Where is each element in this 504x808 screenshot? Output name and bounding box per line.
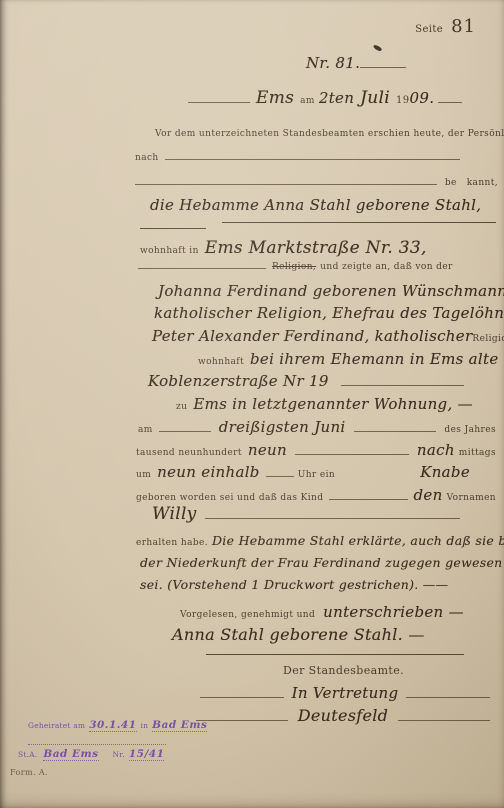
stamp-marriage-place: Bad Ems — [152, 719, 207, 732]
year-value: neun — [248, 441, 287, 459]
um-label: um — [136, 470, 151, 480]
intro-line: Vor dem unterzeichneten Standesbeamten e… — [155, 129, 504, 139]
declarant-line: die Hebamme Anna Stahl geborene Stahl, — [150, 196, 481, 214]
blank-line — [159, 428, 211, 432]
blank-line — [438, 99, 462, 103]
geboren-text: geboren worden sei und daß das Kind — [136, 493, 323, 503]
am-label: am — [300, 96, 315, 106]
registrar-title: Der Standesbeamte. — [283, 664, 404, 677]
blank-line — [398, 717, 490, 721]
blank-line — [354, 428, 437, 432]
den-hw: den — [414, 486, 443, 504]
page-number: 81 — [451, 16, 476, 37]
closing-row-3: sei. (Vorstehend 1 Druckwort gestrichen)… — [140, 577, 448, 592]
declarant-signature: Anna Stahl geborene Stahl. — — [172, 625, 425, 644]
nach-row: nach — [135, 153, 460, 163]
des-jahres-label: des Jahres — [444, 425, 496, 435]
uhr-ein-label: Uhr ein — [298, 470, 335, 480]
mother-name: Johanna Ferdinand geborenen Wünschmann, — [158, 282, 504, 300]
zeigte-an-text: und zeigte an, daß von der — [320, 262, 453, 272]
blank-line — [205, 515, 460, 519]
registrar-signature-row: Deutesfeld — [196, 706, 490, 725]
blank-line — [196, 717, 288, 721]
birthyear-row: tausend neunhundert neun nach mittags — [136, 441, 496, 459]
stamp-office-place: Bad Ems — [43, 748, 98, 761]
intro-text: Vor dem unterzeichneten Standesbeamten e… — [155, 129, 504, 139]
birthtime-row: um neun einhalb Uhr ein Knabe — [136, 463, 470, 481]
residence2-value: bei ihrem Ehemann in Ems alte — [250, 350, 499, 368]
kannt-fragment: kannt, — [467, 178, 498, 188]
closing-row-2: der Niederkunft der Frau Ferdinand zugeg… — [140, 555, 503, 570]
rule — [140, 228, 206, 229]
mother-religion: katholischer Religion, Ehefrau des Tagel… — [154, 304, 504, 322]
street-row: Koblenzerstraße Nr 19 — [148, 372, 464, 390]
birthdate-row: am dreißigsten Juni des Jahres — [138, 418, 496, 436]
closing-row-1: erhalten habe. Die Hebamme Stahl erklärt… — [136, 533, 504, 548]
blank-line — [360, 64, 406, 68]
approval-row: Vorgelesen, genehmigt und unterschrieben… — [180, 603, 462, 621]
be-fragment: be — [445, 178, 457, 188]
birthplace-row: zu Ems in letztgenannter Wohnung, — — [176, 395, 473, 413]
street-value: Koblenzerstraße Nr 19 — [148, 372, 329, 390]
unterschrieben-hw: unterschrieben — — [323, 603, 464, 621]
blank-line — [135, 181, 437, 185]
erhalten-label: erhalten habe. — [136, 538, 208, 548]
child-row: geboren worden sei und daß das Kind den … — [136, 486, 496, 504]
residence-row: wohnhaft in Ems Marktstraße Nr. 33, — [140, 238, 427, 258]
time-value: neun einhalb — [157, 463, 260, 481]
declarant-row: die Hebamme Anna Stahl geborene Stahl, — [150, 196, 481, 214]
registrar-signature: Deutesfeld — [298, 706, 388, 725]
stamp-nr-label: Nr. — [113, 750, 125, 759]
stamp-record-ref: 15/41 — [129, 748, 165, 761]
rule — [222, 222, 496, 223]
blank-line — [138, 265, 266, 269]
year-print: 19 — [396, 95, 410, 106]
stamp-dotted-line — [28, 742, 166, 745]
child-sex: Knabe — [420, 463, 470, 481]
blank-line — [329, 496, 407, 500]
child-name: Willy — [152, 504, 197, 524]
tausend-label: tausend neunhundert — [136, 448, 242, 458]
year-hw: 09. — [410, 89, 435, 107]
declarant-signature-row: Anna Stahl geborene Stahl. — — [172, 625, 425, 644]
blank-line — [295, 451, 409, 455]
mother-row-2: katholischer Religion, Ehefrau des Tagel… — [154, 304, 504, 322]
struck-word: Religion, — [272, 262, 316, 272]
closing-hw-3: sei. (Vorstehend 1 Druckwort gestrichen)… — [140, 577, 448, 592]
daytime-value: nach — [417, 441, 455, 459]
seite-label: Seite — [415, 24, 443, 35]
blank-line — [165, 156, 460, 160]
vornamen-label: Vornamen — [447, 493, 496, 503]
record-number-row: Nr. 81. — [306, 54, 406, 72]
mittags-label: mittags — [459, 448, 496, 458]
zu-label: zu — [176, 402, 187, 412]
mother-row-1: Johanna Ferdinand geborenen Wünschmann, — [158, 282, 504, 300]
religion-row: Religion, und zeigte an, daß von der — [138, 262, 496, 272]
form-label: Form. A. — [10, 768, 48, 777]
rule — [206, 654, 464, 655]
blank-line — [188, 99, 250, 103]
closing-hw-2: der Niederkunft der Frau Ferdinand zugeg… — [140, 555, 503, 570]
ink-blot — [373, 44, 383, 52]
place-name: Ems — [256, 88, 294, 108]
blank-line — [266, 473, 294, 477]
religion-label: Religion. — [472, 334, 504, 344]
representation-row: In Vertretung — [200, 684, 490, 702]
closing-hw-1: Die Hebamme Stahl erklärte, auch daß sie… — [212, 533, 504, 548]
residence-value: Ems Marktstraße Nr. 33, — [205, 238, 427, 258]
vorgelesen-label: Vorgelesen, genehmigt und — [180, 610, 315, 620]
marriage-stamp-line-2: St.A. Bad Ems Nr. 15/41 — [18, 748, 170, 761]
registrar-title-row: Der Standesbeamte. — [283, 664, 404, 677]
birth-register-page: Seite 81 Nr. 81. Ems am 2ten Juli 19 09.… — [0, 0, 504, 808]
stamp-marriage-date: 30.1.41 — [89, 719, 136, 732]
stamp-sta-label: St.A. — [18, 750, 37, 759]
am-label: am — [138, 425, 153, 435]
month-value: Juli — [360, 88, 390, 108]
day-value: 2ten — [319, 89, 354, 107]
blank-line — [406, 694, 490, 698]
blank-line — [341, 382, 464, 386]
page-header: Seite 81 — [415, 16, 476, 37]
form-label-row: Form. A. — [10, 768, 48, 777]
representation-note: In Vertretung — [292, 684, 399, 702]
residence2-row: wohnhaft bei ihrem Ehemann in Ems alte — [198, 350, 499, 368]
marriage-stamp-line-1: Geheiratet am 30.1.41 in Bad Ems — [28, 719, 180, 732]
wohnhaft-label: wohnhaft — [198, 357, 244, 367]
father-name: Peter Alexander Ferdinand, katholischer — [152, 327, 472, 345]
stamp-married-label: Geheiratet am — [28, 721, 85, 730]
wohnhaft-in-label: wohnhaft in — [140, 246, 199, 256]
date-row: Ems am 2ten Juli 19 09. — [188, 88, 462, 108]
birthplace-value: Ems in letztgenannter Wohnung, — — [193, 395, 473, 413]
nach-label: nach — [135, 153, 159, 163]
record-number: Nr. 81. — [306, 54, 360, 72]
childname-row: Willy — [152, 504, 460, 524]
bekannt-row: be kannt, — [135, 178, 498, 188]
blank-line — [200, 694, 284, 698]
stamp-in-label: in — [141, 721, 149, 730]
birth-day: dreißigsten Juni — [219, 418, 346, 436]
father-row: Peter Alexander Ferdinand, katholischer … — [152, 327, 496, 345]
